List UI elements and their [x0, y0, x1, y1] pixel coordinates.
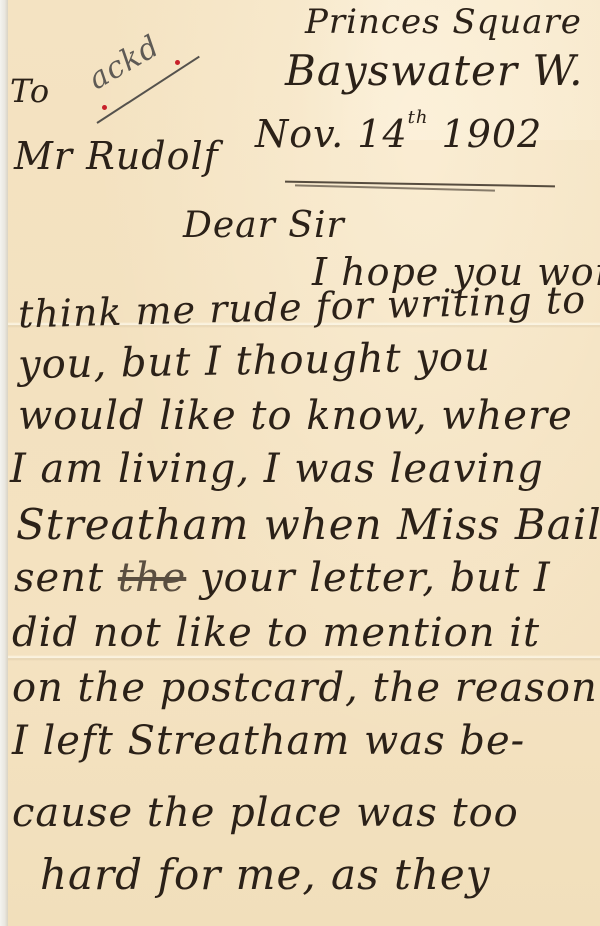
- date-month: Nov.: [255, 112, 344, 156]
- red-dot-mark: [102, 105, 107, 110]
- body-line: would like to know, where: [18, 393, 573, 439]
- line-text: sent: [14, 555, 118, 601]
- address-line-2: Bayswater W.: [285, 46, 584, 95]
- body-line-with-strikethrough: sent the your letter, but I: [14, 555, 551, 601]
- address-line-1: Princes Square: [305, 2, 582, 42]
- page-edge: [0, 0, 8, 926]
- body-line: Streatham when Miss Baily: [16, 500, 600, 549]
- recipient-prefix: To: [10, 72, 50, 110]
- struck-word: the: [118, 555, 187, 601]
- body-line: I left Streatham was be-: [12, 718, 525, 764]
- body-line: cause the place was too: [12, 790, 519, 836]
- body-line: on the postcard, the reason: [12, 665, 598, 711]
- letter-page: ackd To Princes Square Bayswater W. Nov.…: [0, 0, 600, 926]
- date-day: 14: [357, 112, 407, 156]
- body-line: I am living, I was leaving: [10, 446, 544, 492]
- recipient-name: Mr Rudolf: [14, 134, 219, 178]
- date-suffix: th: [408, 107, 429, 128]
- salutation: Dear Sir: [183, 205, 345, 246]
- letter-date: Nov. 14th 1902: [255, 112, 542, 156]
- date-year: 1902: [442, 112, 543, 156]
- line-text: your letter, but I: [186, 555, 550, 601]
- body-line: you, but I thought you: [18, 334, 492, 388]
- red-dot-mark: [175, 60, 180, 65]
- body-line: did not like to mention it: [12, 610, 540, 656]
- body-line: hard for me, as they: [40, 850, 491, 899]
